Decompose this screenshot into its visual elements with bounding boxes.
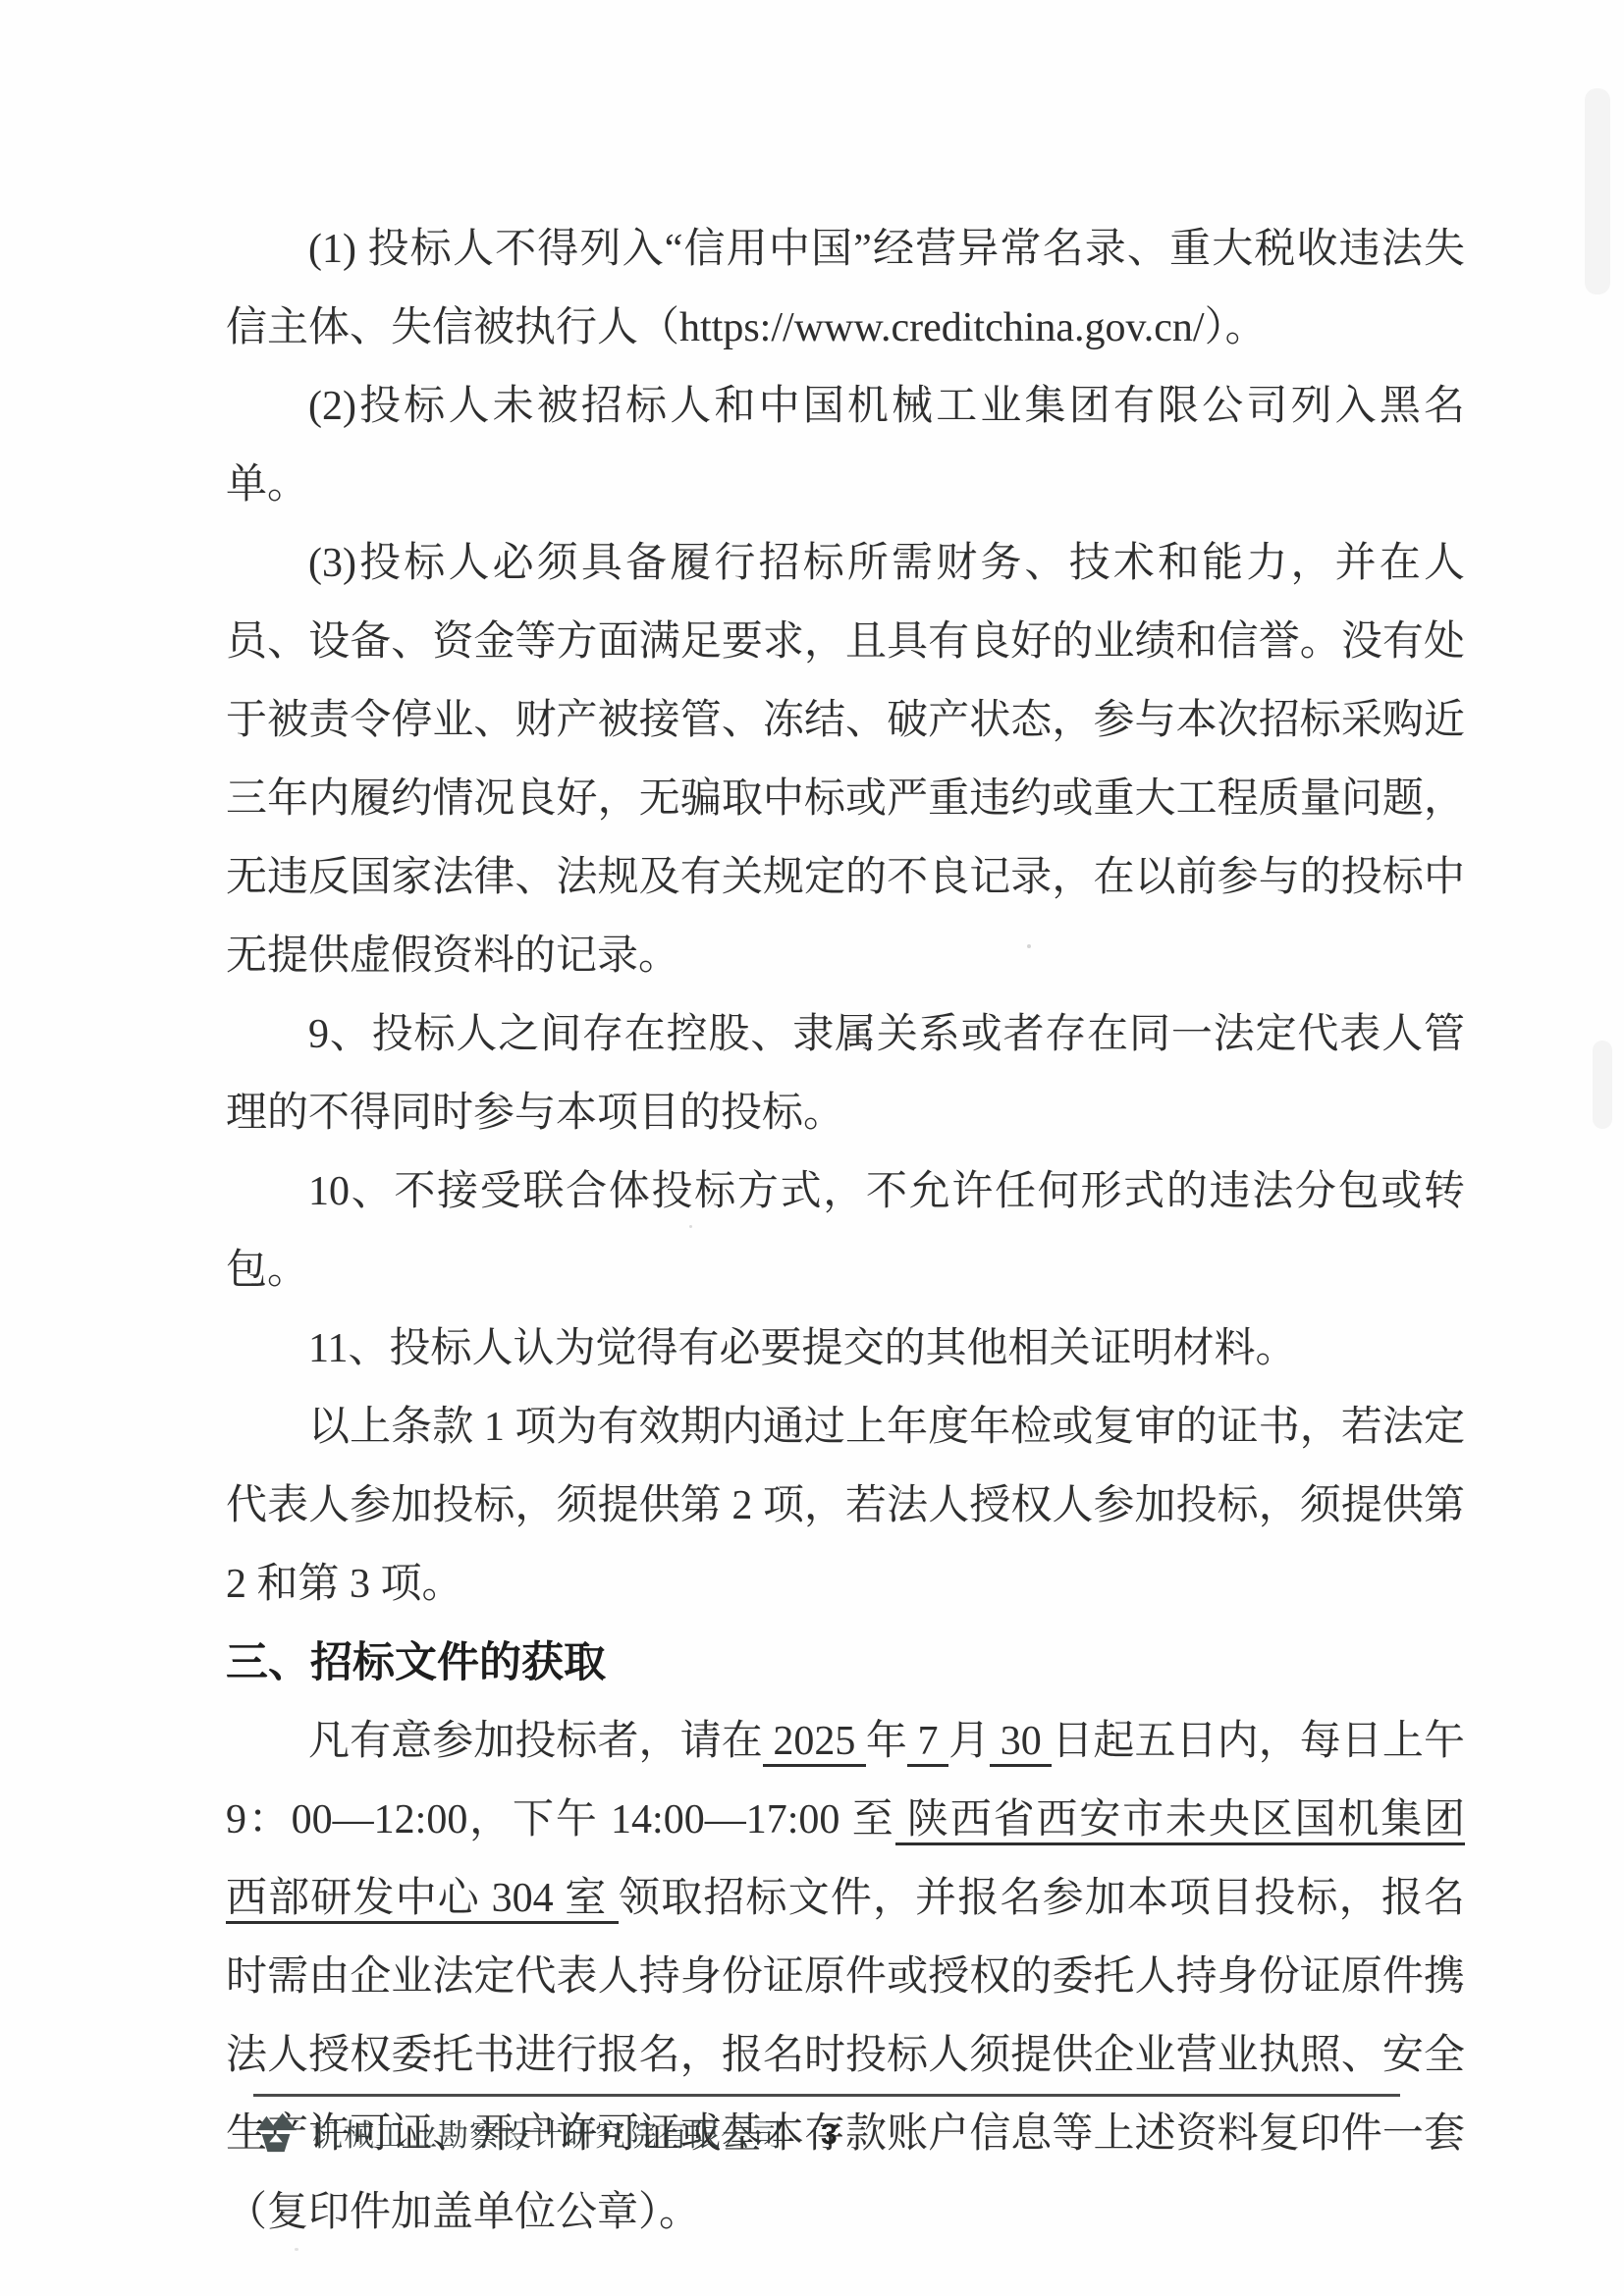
- scan-artifact: [1027, 944, 1031, 948]
- paragraph-acquisition-details: 凡有意参加投标者，请在 2025 年 7 月 30 日起五日内，每日上午 9：0…: [226, 1702, 1465, 2252]
- section-heading-bid-document-acquisition: 三、招标文件的获取: [226, 1624, 1465, 1702]
- text-segment: 月: [948, 1719, 990, 1764]
- text-segment: 领取招标文件，并报名参加本项目投标，报名时需由企业法定代表人持身份证原件或授权的…: [226, 1876, 1465, 2235]
- fill-in-month: 7: [907, 1719, 948, 1767]
- company-mountain-logo-icon: [253, 2111, 298, 2155]
- text-segment: 年: [866, 1719, 907, 1764]
- scan-artifact: [530, 2211, 535, 2215]
- document-body: (1) 投标人不得列入“信用中国”经营异常名录、重大税收违法失信主体、失信被执行…: [226, 210, 1465, 2252]
- text-segment: 凡有意参加投标者，请在: [308, 1719, 763, 1764]
- fill-in-day: 30: [990, 1719, 1052, 1767]
- clause-9-affiliation: 9、投标人之间存在控股、隶属关系或者存在同一法定代表人管理的不得同时参与本项目的…: [226, 995, 1465, 1152]
- page-number: 3: [821, 2118, 838, 2152]
- fill-in-year: 2025: [763, 1719, 866, 1767]
- scan-artifact: [1585, 88, 1610, 294]
- clause-capability: (3)投标人必须具备履行招标所需财务、技术和能力，并在人员、设备、资金等方面满足…: [226, 524, 1465, 995]
- footer-row: 机械工业勘察设计研究院有限公司 3: [253, 2097, 1400, 2155]
- scan-artifact: [1593, 1041, 1612, 1129]
- clause-credit-china: (1) 投标人不得列入“信用中国”经营异常名录、重大税收违法失信主体、失信被执行…: [226, 210, 1465, 367]
- page-footer: 机械工业勘察设计研究院有限公司 3: [253, 2094, 1400, 2155]
- clause-note-certificates: 以上条款 1 项为有效期内通过上年度年检或复审的证书，若法定代表人参加投标，须提…: [226, 1388, 1465, 1624]
- clause-blacklist: (2)投标人未被招标人和中国机械工业集团有限公司列入黑名单。: [226, 367, 1465, 524]
- clause-11-other-materials: 11、投标人认为觉得有必要提交的其他相关证明材料。: [226, 1309, 1465, 1388]
- footer-company-name: 机械工业勘察设计研究院有限公司: [312, 2110, 784, 2155]
- document-page: (1) 投标人不得列入“信用中国”经营异常名录、重大税收违法失信主体、失信被执行…: [0, 0, 1624, 2296]
- scan-artifact: [689, 1225, 692, 1228]
- scan-artifact: [295, 2248, 298, 2251]
- clause-10-consortium: 10、不接受联合体投标方式，不允许任何形式的违法分包或转包。: [226, 1152, 1465, 1309]
